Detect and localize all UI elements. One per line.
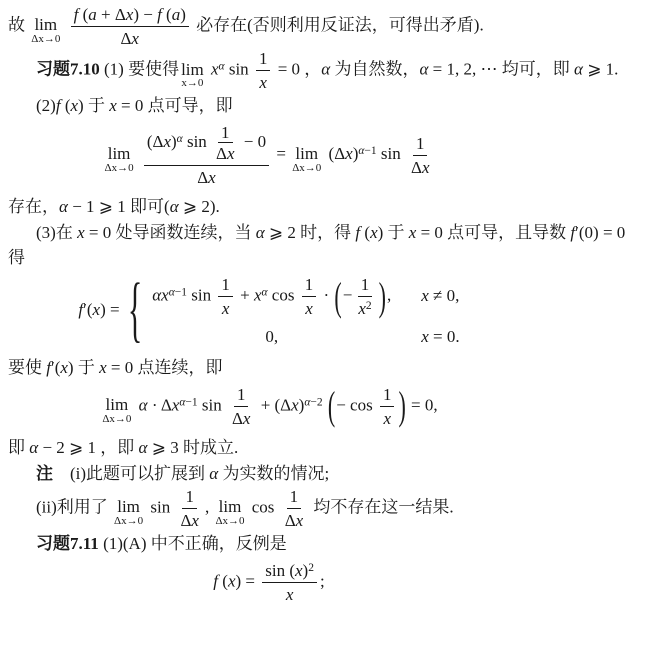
math-text: x [99,358,107,377]
math-text: · Δ [148,395,172,414]
math-text: (ii)利用了 [36,497,112,516]
math-big-paren: ( [334,276,341,317]
math-text: sin [377,144,405,163]
fraction-denominator: Δx [177,509,201,530]
math-text: x [305,299,313,318]
math-text: (1) 要使得 [100,60,179,79]
math-text: sin [198,395,226,414]
formula-content: limΔx→0 (Δx)α sin 1Δx − 0Δx = limΔx→0 (Δ… [103,123,436,187]
math-text: 必存在(否则利用反证法，可得出矛盾). [192,15,484,34]
math-text: + [236,286,254,305]
fraction-denominator: Δx [213,143,237,162]
limit-text: lim [219,498,242,516]
math-text: = 0. [429,327,460,346]
math-text: 即 [8,438,29,457]
fraction-numerator: 1 [380,385,395,407]
fraction-numerator: 1 [256,49,271,71]
math-text: 要使 [8,358,46,377]
math-text: α [59,197,68,216]
math-text: − 2 ⩾ 1 ，即 [38,438,138,457]
math-text: ( [61,96,71,115]
math-text: x [243,409,251,428]
math-text: x [228,571,236,590]
limit-subscript: Δx→0 [215,516,244,528]
math-text: a [88,5,97,24]
math-text: 1 [237,385,246,404]
math-text: 2 [366,300,372,312]
math-text: Δ [197,168,208,187]
math-text: x [227,144,235,163]
math-text: sin [225,60,253,79]
fraction-numerator: 1 [218,275,233,297]
math-text: 注 [36,464,53,483]
fraction-denominator: Δx [408,156,432,177]
math-text: ) − [133,5,157,24]
math-text: α [209,464,218,483]
fraction-denominator: x [256,71,270,92]
math-text: ) [180,5,186,24]
math-text [63,15,67,34]
math-text: −1 [364,145,376,157]
math-limit: limΔx→0 [105,145,134,174]
math-big-paren: ( [328,386,335,427]
formula-piecewise-derivative: f′(x) = {αxα−1 sin 1x + xα cos 1x · (−1x… [8,275,640,347]
math-text: x [296,511,304,530]
math-text: x [295,561,303,580]
math-text: = 0 ， [273,60,321,79]
fraction-numerator: 1 [302,275,317,297]
formula-derivative-limit: limΔx→0 (Δx)α sin 1Δx − 0Δx = limΔx→0 (Δ… [8,123,640,187]
math-text: , [205,497,214,516]
math-fraction: 1Δx [229,385,253,428]
fraction-numerator: f (a + Δx) − f (a) [71,5,189,27]
math-fraction: 1x [302,275,317,318]
math-text: + Δ [97,5,126,24]
math-text: ≠ 0, [429,286,460,305]
math-text: 均不存在这一结果. [309,497,454,516]
math-text: 1 [383,385,392,404]
limit-text: lim [117,498,140,516]
fraction-denominator: Δx [117,27,141,48]
math-text: x [163,132,171,151]
math-superscript: 2 [366,300,372,312]
math-limit: limΔx→0 [102,396,131,425]
math-text: 2 [308,562,314,574]
limit-subscript: x→0 [181,78,203,90]
fraction-numerator: 1 [287,487,302,509]
math-text: ′( [51,358,60,377]
limit-subscript: Δx→0 [114,516,143,528]
math-text: Δ [180,511,191,530]
limit-text: lim [106,396,129,414]
fraction-denominator: Δx [194,166,218,187]
math-text: 习题7.10 [36,60,100,79]
limit-text: lim [108,145,131,163]
limit-subscript: Δx→0 [292,163,321,175]
formula-continuity-limit: limΔx→0 α · Δxα−1 sin 1Δx + (Δx)α−2 (− c… [8,385,640,428]
math-text: α [574,60,583,79]
math-text: x [421,327,429,346]
math-text: (Δ [324,144,345,163]
limit-text: lim [295,145,318,163]
cases-formula: 0, [152,327,391,347]
math-text: α [139,395,148,414]
math-superscript: α−1 [179,396,197,408]
math-text: x [370,223,378,242]
math-text: x [383,409,391,428]
math-limit: limΔx→0 [215,498,244,527]
math-limit: limΔx→0 [31,16,60,45]
math-text: 存在， [8,197,59,216]
math-text: x [286,585,294,604]
math-text: −2 [310,396,322,408]
math-text: a [172,5,181,24]
fraction-denominator: Δx [229,407,253,428]
math-text: α [256,223,265,242]
paragraph-part2-intro: (2)f (x) 于 x = 0 点可导，即 [8,93,640,118]
math-text: ) 于 [78,96,109,115]
math-text: (2) [36,96,56,115]
math-text: sin ( [265,561,295,580]
math-superscript: α−1 [169,287,187,299]
math-text: ) = [236,571,260,590]
math-text: sin [187,286,215,305]
math-text: x [254,286,262,305]
math-text: α [170,197,179,216]
math-fraction: 1Δx [408,134,432,177]
math-text: 1 [305,275,314,294]
math-big-paren: ) [398,386,405,427]
math-text: x [109,96,117,115]
math-fraction: f (a + Δx) − f (a)Δx [71,5,189,48]
math-text: = 0 点可导，且导数 [416,223,570,242]
formula-content: f′(x) = {αxα−1 sin 1x + xα cos 1x · (−1x… [78,275,459,347]
math-text [137,144,141,163]
math-text: x [60,358,68,377]
math-text: α [29,438,38,457]
fraction-denominator: x [219,297,233,318]
math-text: ( [78,5,88,24]
paragraph-exercise-7-11: 习题7.11 (1)(A) 中不正确，反例是 [8,531,640,556]
cases-formula: αxα−1 sin 1x + xα cos 1x · (−1x2), [152,275,391,318]
fraction-numerator: sin (x)2 [262,561,317,583]
math-text: 1 [361,275,370,294]
paragraph-continuity-condition: 要使 f′(x) 于 x = 0 点连续，即 [8,355,640,380]
limit-text: lim [181,61,204,79]
math-text: x [161,286,169,305]
fraction-numerator: 1 [234,385,249,407]
math-text: x [131,29,139,48]
math-text: Δ [216,144,227,163]
math-text: ⩾ 3 时成立. [147,438,238,457]
math-limit: limx→0 [181,61,204,90]
math-text: x [291,395,299,414]
fraction-numerator: (Δx)α sin 1Δx − 0 [144,123,269,166]
math-text: − cos [336,395,377,414]
paragraph-note-ii: (ii)利用了 limΔx→0 sin 1Δx, limΔx→0 cos 1Δx… [8,487,640,530]
math-text: ) 于 [378,223,409,242]
math-text: = 0, [407,395,438,414]
limit-subscript: Δx→0 [102,414,131,426]
math-fraction: 1x [218,275,233,318]
math-text: Δ [120,29,131,48]
math-fraction: 1x2 [355,275,374,318]
math-text: 1 [221,275,230,294]
math-text: − 1 ⩾ 1 即可( [68,197,170,216]
math-limit: limΔx→0 [114,498,143,527]
limit-subscript: Δx→0 [31,34,60,46]
cases-condition: x = 0. [421,327,459,347]
paragraph-part3-intro: (3)在 x = 0 处导函数连续，当 α ⩾ 2 时，得 f (x) 于 x … [8,220,640,270]
math-text: ) = [100,300,124,319]
math-text: x [211,60,219,79]
math-text: + (Δ [256,395,291,414]
math-text: x [70,96,78,115]
document-page: 故 limΔx→0 f (a + Δx) − f (a)Δx 必存在(否则利用反… [0,0,646,656]
math-text: − 0 [240,132,267,151]
math-text: 习题7.11 [36,534,99,553]
paragraph-proof-conclusion: 故 limΔx→0 f (a + Δx) − f (a)Δx 必存在(否则利用反… [8,5,640,48]
math-superscript: α−1 [358,145,376,157]
paragraph-exercise-7-10-part1: 习题7.10 (1) 要使得limx→0 xα sin 1x = 0 ，α 为自… [8,49,640,92]
fraction-denominator: x [380,407,394,428]
limit-text: lim [34,16,57,34]
math-text [323,395,327,414]
formula-content: f (x) = sin (x)2x; [213,561,324,604]
math-text: −1 [175,287,187,299]
math-text: − [343,286,353,305]
math-text: (3)在 [36,223,77,242]
cases-condition: x ≠ 0, [421,286,459,306]
math-text: x [191,511,199,530]
math-text: α [321,60,330,79]
limit-subscript: Δx→0 [105,163,134,175]
math-text: x [77,223,85,242]
math-text: , [387,286,391,305]
math-text: x [208,168,216,187]
math-fraction: 1x [256,49,271,92]
math-text: α [152,286,161,305]
math-text: (i)此题可以扩展到 [53,464,209,483]
math-text: x [222,299,230,318]
math-text: 为实数的情况; [218,464,329,483]
math-text: (1)(A) 中不正确，反例是 [99,534,287,553]
math-text: cos [248,497,279,516]
paragraph-alpha-ge-2: 存在，α − 1 ⩾ 1 即可(α ⩾ 2). [8,194,640,219]
math-text: 1 [185,487,194,506]
fraction-numerator: 1 [413,134,428,156]
formula-counterexample: f (x) = sin (x)2x; [8,561,640,604]
math-fraction: 1Δx [177,487,201,530]
math-text: 故 [8,15,29,34]
math-text: ⩾ 2 时，得 [265,223,356,242]
fraction-denominator: x2 [355,297,374,318]
math-text: 1 [416,134,425,153]
math-superscript: α−2 [304,396,322,408]
math-text: = 0 处导函数连续，当 [85,223,256,242]
math-text: = 0 点可导，即 [117,96,233,115]
math-text: 0, [265,327,278,346]
math-fraction: sin (x)2x [262,561,317,604]
math-text: Δ [285,511,296,530]
fraction-denominator: x [283,583,297,604]
math-text: = [272,144,290,163]
math-text: ) 于 [68,358,99,377]
math-text: x [358,299,366,318]
formula-content: limΔx→0 α · Δxα−1 sin 1Δx + (Δx)α−2 (− c… [100,385,437,428]
math-fraction: (Δx)α sin 1Δx − 0Δx [144,123,269,187]
math-fraction: 1x [380,385,395,428]
fraction-denominator: Δx [282,509,306,530]
math-text: ( [360,223,370,242]
paragraph-alpha-ge-3: 即 α − 2 ⩾ 1 ，即 α ⩾ 3 时成立. [8,435,640,460]
math-text: x [345,144,353,163]
math-text: x [93,300,101,319]
math-text: cos [268,286,299,305]
math-text: = 1, 2, ⋯ 均可，即 [428,60,574,79]
math-text: ⩾ 2). [179,197,220,216]
math-text: −1 [185,396,197,408]
math-text: sin [183,132,211,151]
math-fraction: 1Δx [282,487,306,530]
math-text: ⩾ 1. [583,60,619,79]
math-big-paren: ) [379,276,386,317]
math-text: ′( [83,300,92,319]
math-text: x [259,73,267,92]
math-text: x [422,158,430,177]
math-text: 1 [259,49,268,68]
math-text: Δ [232,409,243,428]
math-text: = 0 点连续，即 [107,358,223,377]
math-text: ( [218,571,228,590]
fraction-numerator: 1 [182,487,197,509]
math-text: x [421,286,429,305]
math-text: 为自然数， [330,60,419,79]
fraction-numerator: 1 [358,275,373,297]
math-text: (Δ [147,132,164,151]
math-text: Δ [411,158,422,177]
math-text: 1 [221,123,230,142]
math-fraction: 1Δx [213,124,237,162]
paragraph-note-i: 注 (i)此题可以扩展到 α 为实数的情况; [8,461,640,486]
math-superscript: 2 [308,562,314,574]
math-text: ( [162,5,172,24]
math-text: 1 [290,487,299,506]
math-cases: αxα−1 sin 1x + xα cos 1x · (−1x2),x ≠ 0,… [152,275,459,347]
math-text: ; [320,571,325,590]
math-cases-brace: { [128,275,142,349]
math-text: · [319,286,333,305]
math-text: sin [146,497,174,516]
fraction-numerator: 1 [218,124,233,143]
fraction-denominator: x [302,297,316,318]
math-limit: limΔx→0 [292,145,321,174]
